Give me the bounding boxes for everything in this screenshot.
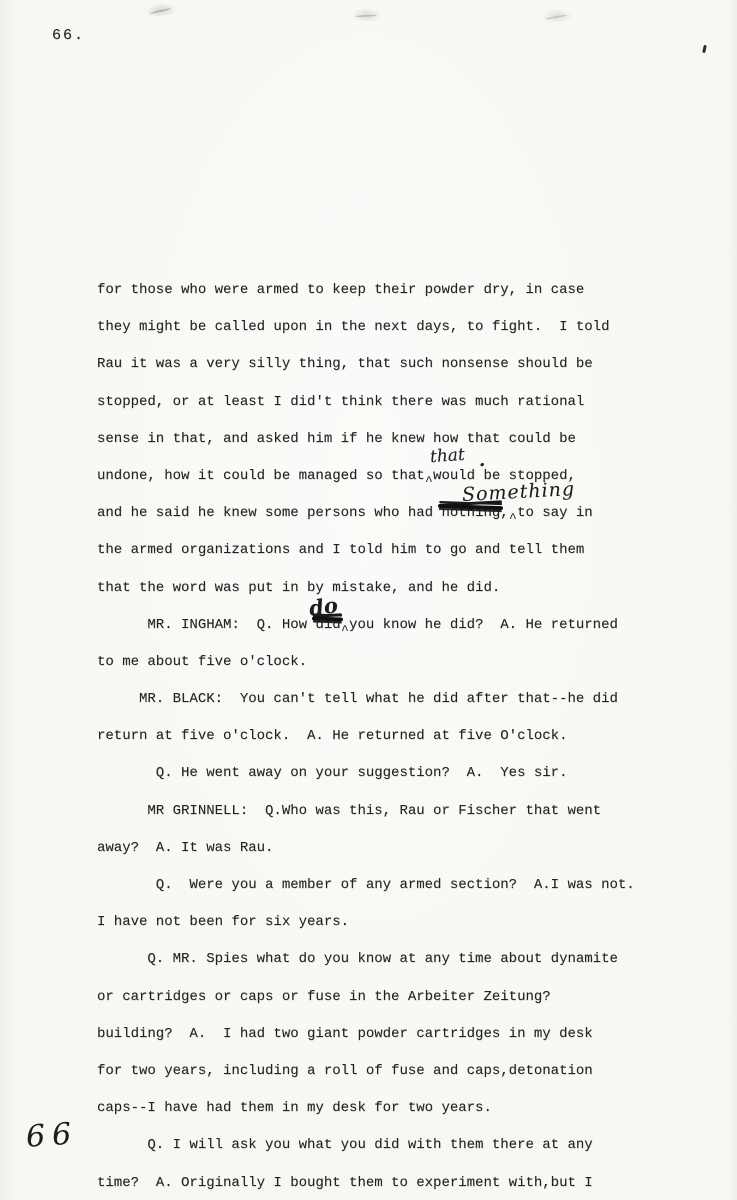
typed-text: sense in that, and asked him if he knew … [97, 431, 576, 447]
typed-text: Q. He went away on your suggestion? A. Y… [97, 765, 567, 781]
typed-line: away? A. It was Rau. [97, 830, 737, 867]
typed-text: away? A. It was Rau. [97, 840, 273, 856]
typed-text: MR GRINNELL: Q.Who was this, Rau or Fisc… [97, 803, 601, 819]
typed-line: Q. MR. Spies what do you know at any tim… [97, 941, 737, 978]
typed-line: Q. Were you a member of any armed sectio… [97, 867, 737, 904]
typed-text: that the word was put in by mistake, and… [97, 580, 500, 596]
typed-line: for those who were armed to keep their p… [97, 272, 737, 309]
typed-line: for two years, including a roll of fuse … [97, 1053, 737, 1090]
typed-line: the armed organizations and I told him t… [97, 532, 737, 569]
typed-line: MR GRINNELL: Q.Who was this, Rau or Fisc… [97, 793, 737, 830]
typed-line: I have not been for six years. [97, 904, 737, 941]
typed-text: to me about five o'clock. [97, 654, 307, 670]
handwritten-page-number: 66 [25, 1116, 80, 1155]
typed-line: sense in that, and asked him if he knew … [97, 421, 737, 458]
typed-line: MR. BLACK: You can't tell what he did af… [97, 681, 737, 718]
typed-text: MR. BLACK: You can't tell what he did af… [97, 691, 618, 707]
typed-text: MR. INGHAM: Q. How [97, 617, 315, 633]
handwritten-insertion-do: do [307, 592, 339, 621]
typed-text: Q. MR. Spies what do you know at any tim… [97, 951, 618, 967]
typed-text: for those who were armed to keep their p… [97, 282, 584, 298]
typed-text: they might be called upon in the next da… [97, 319, 609, 335]
typed-text: Q. I will ask you what you did with them… [97, 1137, 593, 1153]
typed-text: time? A. Originally I bought them to exp… [97, 1175, 593, 1191]
handwritten-insertion-that: that [429, 445, 465, 467]
typed-text: and he said he knew some persons who had [97, 505, 441, 521]
typed-text: undone, how it could be managed so that [97, 468, 425, 484]
typed-line: they might be called upon in the next da… [97, 309, 737, 346]
typed-text: I have not been for six years. [97, 914, 349, 930]
typed-line: caps--I have had them in my desk for two… [97, 1090, 737, 1127]
typed-text: stopped, or at least I did't think there… [97, 394, 584, 410]
typed-line: Q. I will ask you what you did with them… [97, 1127, 737, 1164]
handwritten-period: . [479, 450, 485, 471]
typed-line: time? A. Originally I bought them to exp… [97, 1165, 737, 1200]
typed-text: return at five o'clock. A. He returned a… [97, 728, 567, 744]
document-body: for those who were armed to keep their p… [0, 0, 737, 1200]
typed-line: undone, how it could be managed so that^… [97, 458, 737, 495]
typed-text: the armed organizations and I told him t… [97, 542, 584, 558]
typed-text: or cartridges or caps or fuse in the Arb… [97, 989, 551, 1005]
typed-line: building? A. I had two giant powder cart… [97, 1016, 737, 1053]
typed-text: for two years, including a roll of fuse … [97, 1063, 593, 1079]
typed-line: or cartridges or caps or fuse in the Arb… [97, 979, 737, 1016]
typed-line: MR. INGHAM: Q. How did^you know he did? … [97, 607, 737, 644]
typed-text: you know he did? A. He returned [349, 617, 618, 633]
typed-text: to say in [517, 505, 593, 521]
typed-line: return at five o'clock. A. He returned a… [97, 718, 737, 755]
typed-line: stopped, or at least I did't think there… [97, 384, 737, 421]
typed-line: to me about five o'clock. [97, 644, 737, 681]
typed-text: Q. Were you a member of any armed sectio… [97, 877, 635, 893]
typed-line: that the word was put in by mistake, and… [97, 570, 737, 607]
typed-text: caps--I have had them in my desk for two… [97, 1100, 492, 1116]
typed-line: Rau it was a very silly thing, that such… [97, 346, 737, 383]
typed-text: building? A. I had two giant powder cart… [97, 1026, 593, 1042]
typed-line: Q. He went away on your suggestion? A. Y… [97, 755, 737, 792]
typed-line: and he said he knew some persons who had… [97, 495, 737, 532]
typed-text: Rau it was a very silly thing, that such… [97, 356, 593, 372]
